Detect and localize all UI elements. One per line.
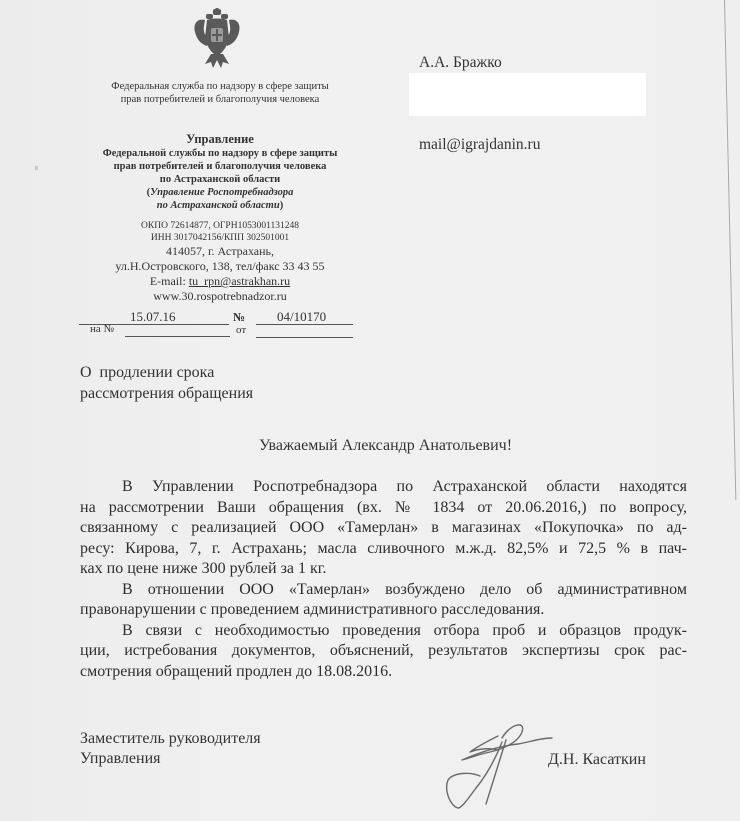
russian-coat-of-arms-icon (191, 8, 243, 70)
signatory-title-line1: Заместитель руководителя (80, 729, 261, 749)
signatory-title: Заместитель руководителя Управления (80, 729, 261, 769)
agency-name-line1: Федеральная служба по надзору в сфере за… (70, 80, 370, 93)
ref-number-underline (125, 336, 230, 337)
paragraph-2-line2: правонарушении с проведением администрат… (80, 600, 687, 621)
letter-subject: О продлении срока рассмотрения обращения (80, 362, 253, 404)
paragraph-3-line3: смотрения обращений продлен до 18.08.201… (80, 662, 687, 683)
paragraph-1-line2: на рассмотрении Ваши обращения (вх. № 18… (80, 498, 687, 519)
signatory-name: Д.Н. Касаткин (548, 751, 646, 769)
number-label: № (233, 310, 245, 325)
handwritten-signature-icon (440, 718, 560, 813)
agency-name-line2: прав потребителей и благополучия человек… (70, 93, 370, 106)
subject-line1: О продлении срока (80, 362, 253, 383)
signatory-title-line2: Управления (80, 749, 261, 769)
subject-line2: рассмотрения обращения (80, 383, 253, 404)
paragraph-1-line5: ках по цене ниже 300 рублей за 1 кг. (80, 559, 687, 580)
paragraph-2-cont: правонарушении с проведением администрат… (80, 600, 687, 621)
org-codes-line1: ОКПО 72614877, ОГРН1053001131248 (70, 220, 370, 232)
address-line2: ул.Н.Островского, 138, тел/факс 33 43 55 (70, 259, 370, 274)
recipient-email: mail@igrajdanin.ru (419, 136, 540, 154)
outgoing-number: 04/10170 (277, 309, 326, 325)
letterhead: Федеральная служба по надзору в сфере за… (70, 80, 370, 304)
paragraph-1-line4: ресу: Кирова, 7, г. Астрахань; масла сли… (80, 539, 687, 560)
address-line1: 414057, г. Астрахань, (70, 244, 370, 259)
paragraph-1-cont: на рассмотрении Ваши обращения (вх. № 18… (80, 498, 687, 580)
redacted-address (409, 73, 646, 116)
ref-date-underline (256, 337, 353, 338)
number-underline (256, 324, 353, 325)
paragraph-1-line3: связанному с реализацией ООО «Тамерлан» … (80, 518, 687, 539)
paragraph-1: В Управлении Роспотребнадзора по Астраха… (80, 477, 687, 498)
scan-speck (35, 166, 38, 170)
paragraph-3: В связи с необходимостью проведения отбо… (80, 621, 687, 642)
website-line[interactable]: www.30.rospotrebnadzor.ru (70, 289, 370, 304)
department-short-name-line2: по Астраханской области) (70, 199, 370, 212)
department-title: Управление (70, 132, 370, 147)
paragraph-3-cont: ции, истребования документов, объяснений… (80, 641, 687, 682)
outgoing-date: 15.07.16 (130, 309, 176, 325)
department-line2: прав потребителей и благополучия человек… (70, 160, 370, 173)
department-short-name-line1: (Управление Роспотребнадзора (70, 186, 370, 199)
paragraph-2-line1: В отношении ООО «Тамерлан» возбуждено де… (80, 580, 687, 601)
email-line: E-mail: tu_rpn@astrakhan.ru (70, 274, 370, 289)
letter-page: Федеральная служба по надзору в сфере за… (0, 0, 740, 821)
greeting: Уважаемый Александр Анатольевич! (259, 437, 512, 455)
org-codes-line2: ИНН 3017042156/КПП 302501001 (70, 232, 370, 244)
paragraph-3-line2: ции, истребования документов, объяснений… (80, 641, 687, 662)
paragraph-1-line1: В Управлении Роспотребнадзора по Астраха… (80, 477, 687, 498)
paragraph-2: В отношении ООО «Тамерлан» возбуждено де… (80, 580, 687, 601)
letter-body: В Управлении Роспотребнадзора по Астраха… (80, 477, 687, 682)
ref-date-label: от (236, 324, 246, 336)
email-link[interactable]: tu_rpn@astrakhan.ru (189, 274, 290, 288)
ref-number-label: на № (90, 323, 114, 335)
page-edge-line (724, 0, 736, 500)
department-line3: по Астраханской области (70, 173, 370, 186)
paragraph-3-line1: В связи с необходимостью проведения отбо… (80, 621, 687, 642)
recipient-name: А.А. Бражко (419, 54, 502, 72)
department-line1: Федеральной службы по надзору в сфере за… (70, 147, 370, 160)
